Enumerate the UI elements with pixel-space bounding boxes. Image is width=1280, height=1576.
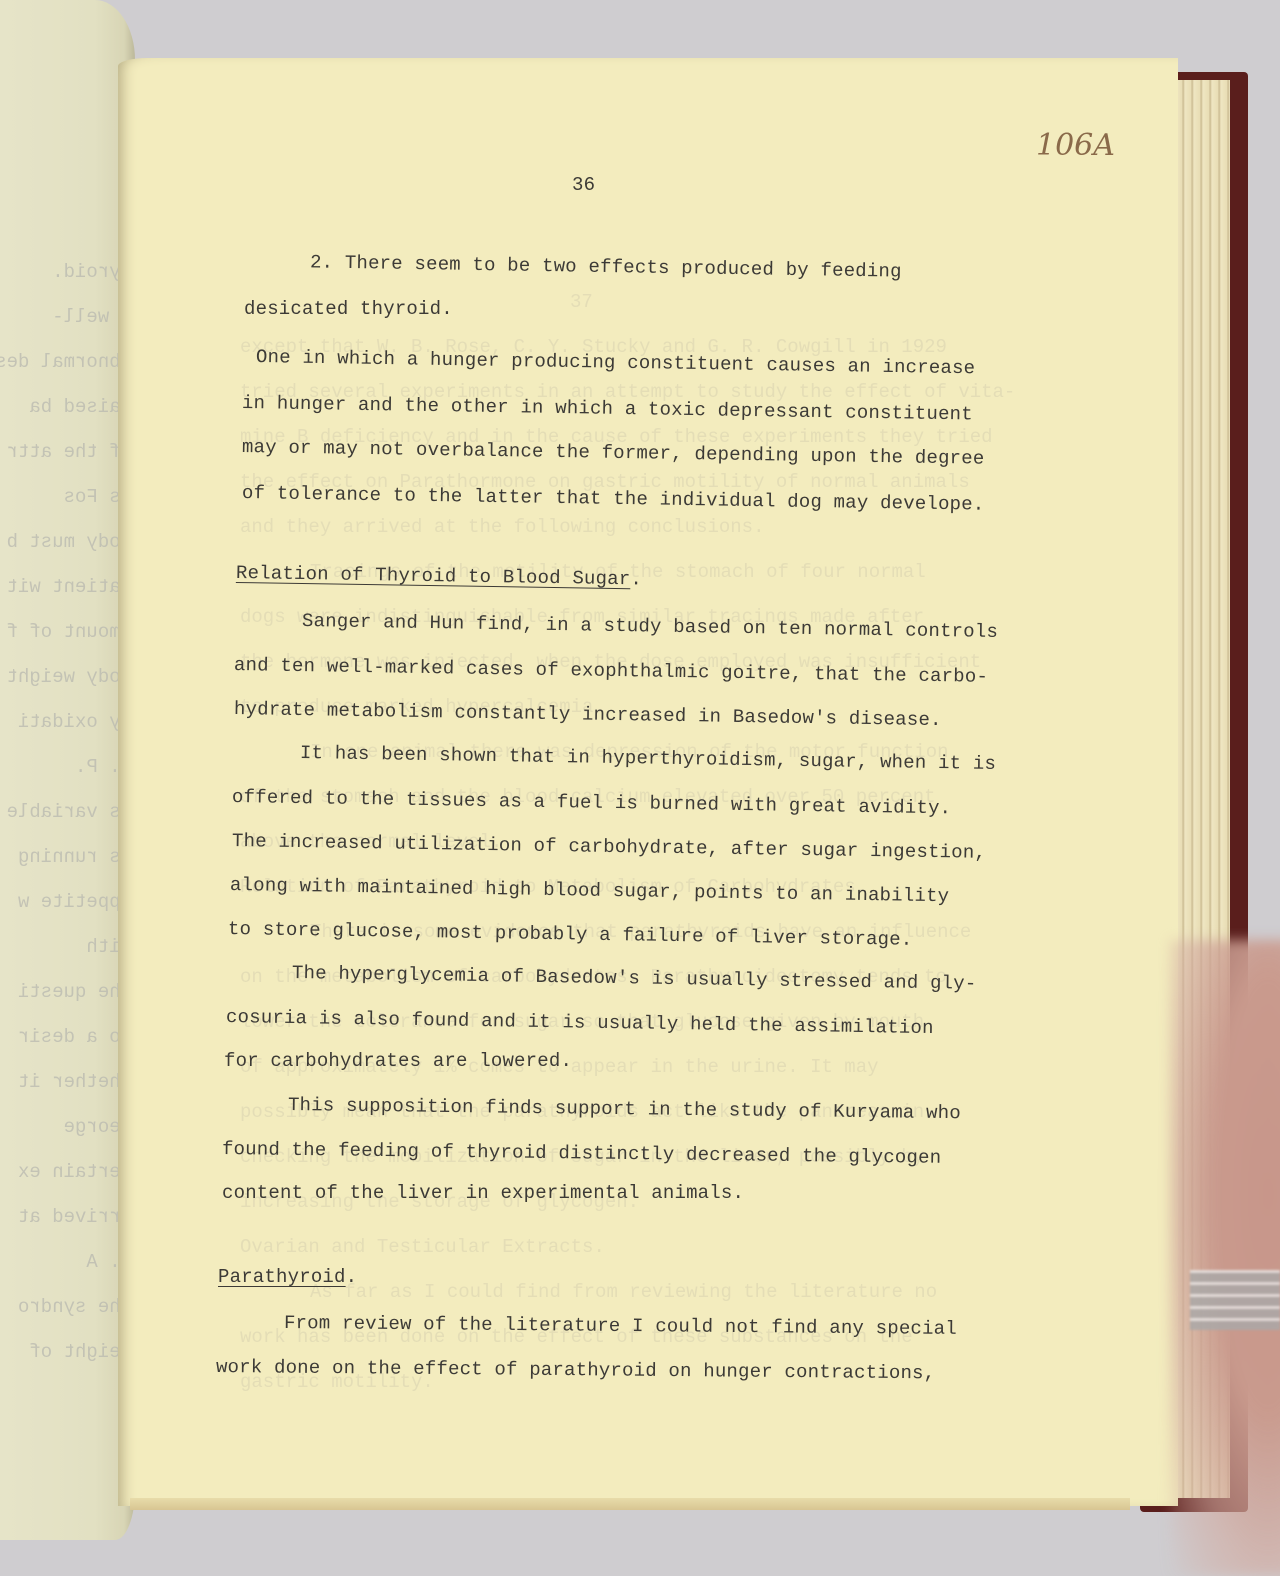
ghost-line: the syndro	[0, 1285, 132, 1330]
ghost-line: whether it	[0, 1060, 132, 1105]
ghost-line: A well-	[0, 295, 132, 340]
ghost-line: of the attr	[0, 430, 132, 475]
heading-period: .	[346, 1266, 358, 1288]
ghost-line: raised ba	[0, 385, 132, 430]
paragraph-line: desicated thyroid.	[244, 298, 453, 320]
ghost-line: C. P.	[0, 745, 132, 790]
ghost-line: appetite w	[0, 880, 132, 925]
ring	[1190, 1270, 1280, 1330]
ghost-line: by oxidati	[0, 700, 132, 745]
ghost-line: is running	[0, 835, 132, 880]
ghost-line: hyroid.	[0, 250, 132, 295]
paragraph-line: for carbohydrates are lowered.	[224, 1050, 572, 1072]
heading-text: Parathyroid	[218, 1266, 346, 1288]
ghost-line: certain ex	[0, 1150, 132, 1195]
heading-period: .	[630, 568, 642, 590]
ghost-line: body weight	[0, 655, 132, 700]
ghost-line: abnormal des	[0, 340, 132, 385]
left-page-bleed-through: hyroid. A well- abnormal des raised ba o…	[0, 250, 132, 1375]
page-number: 36	[572, 174, 595, 196]
ghost-line: is variable	[0, 790, 132, 835]
facing-left-page: hyroid. A well- abnormal des raised ba o…	[0, 0, 135, 1540]
ghost-line: to a desir	[0, 1015, 132, 1060]
ghost-line: patient wit	[0, 565, 132, 610]
handwritten-folio-number: 106A	[1036, 128, 1115, 163]
ghost-line: As Fos	[0, 475, 132, 520]
ghost-line: George	[0, 1105, 132, 1150]
ghost-line: height of	[0, 1330, 132, 1375]
blurred-hand	[1170, 940, 1280, 1576]
section-heading: Parathyroid.	[218, 1266, 357, 1288]
ghost-line: body must b	[0, 520, 132, 565]
ghost-line: arrived at	[0, 1195, 132, 1240]
ghost-line: the questi	[0, 970, 132, 1015]
ghost-line: As far as I could find from reviewing th…	[240, 1270, 1140, 1315]
ghost-line: 1. A	[0, 1240, 132, 1285]
ghost-line: amount of f	[0, 610, 132, 655]
ghost-line: Ovarian and Testicular Extracts.	[240, 1225, 1140, 1270]
ghost-line: and they arrived at the following conclu…	[240, 505, 1140, 550]
ghost-line: With	[0, 925, 132, 970]
page-bottom-edge	[130, 1498, 1130, 1510]
paragraph-line: content of the liver in experimental ani…	[222, 1182, 744, 1204]
